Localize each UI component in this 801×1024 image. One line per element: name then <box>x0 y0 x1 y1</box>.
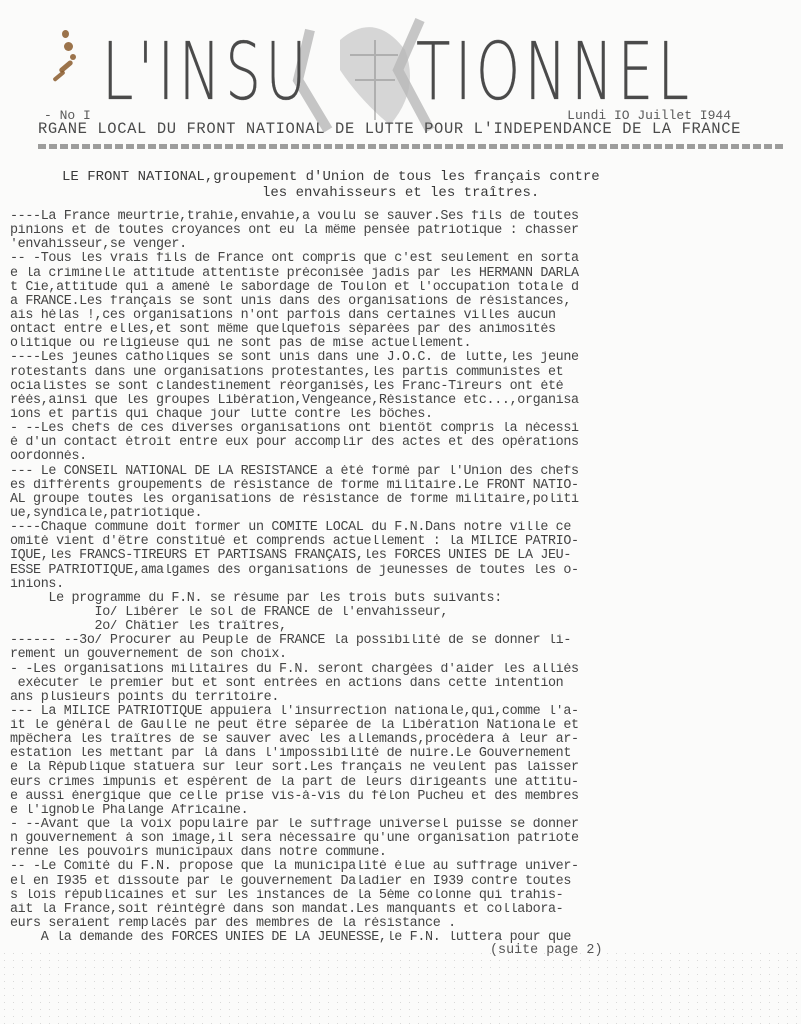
article-line: 2o/ Châtier les traîtres, <box>10 620 800 634</box>
article-line: AL groupe toutes les organisations de ré… <box>10 493 800 507</box>
article-line: e aussi énergique que celle prise vis-à-… <box>10 790 800 804</box>
article-line: e l'ignoble Phalange Africaine. <box>10 804 800 818</box>
article-line: renne les pouvoirs municipaux dans notre… <box>10 846 800 860</box>
article-body: ----La France meurtrie,trahie,envahie,a … <box>10 210 800 945</box>
article-line: -- -Le Comité du F.N. propose que la mun… <box>10 860 800 874</box>
article-line: ESSE PATRIOTIQUE,amalgames des organisat… <box>10 564 800 578</box>
article-line: - --Les chefs de ces diverses organisati… <box>10 422 800 436</box>
masthead-left: L'INSU <box>102 25 311 118</box>
article-line: Io/ Libérer le sol de FRANCE de l'envahi… <box>10 606 800 620</box>
article-line: --- Le CONSEIL NATIONAL DE LA RESISTANCE… <box>10 465 800 479</box>
article-line: ue,syndicale,patriotique. <box>10 507 800 521</box>
article-line: ontact entre elles,et sont même quelquef… <box>10 323 800 337</box>
article-line: e la criminelle attitude attentiste préc… <box>10 267 800 281</box>
divider-rule <box>38 144 783 149</box>
article-line: ----Chaque commune doit former un COMITE… <box>10 521 800 535</box>
headline: LE FRONT NATIONAL,groupement d'Union de … <box>62 169 722 201</box>
masthead-title: L'INSUTIONNEL <box>102 34 590 110</box>
article-line: Le programme du F.N. se résume par les t… <box>10 592 800 606</box>
article-line: ----Les jeunes catholiques se sont unis … <box>10 351 800 365</box>
article-line: ------ --3o/ Procurer au Peuple de FRANC… <box>10 634 800 648</box>
article-line: ----La France meurtrie,trahie,envahie,a … <box>10 210 800 224</box>
article-line: e la République statuera sur leur sort.L… <box>10 761 800 775</box>
article-line: s lois républicaines et sur les instance… <box>10 889 800 903</box>
article-line: -- -Tous les vrais fils de France ont co… <box>10 252 800 266</box>
article-line: pinions et de toutes croyances ont eu la… <box>10 224 800 238</box>
article-line: olitique ou religieuse qui ne sont pas d… <box>10 337 800 351</box>
masthead-right: TIONNEL <box>416 25 693 118</box>
headline-line-1: LE FRONT NATIONAL,groupement d'Union de … <box>62 169 600 185</box>
article-line: estation les mettant par là dans l'impos… <box>10 747 800 761</box>
article-line: - -Les organisations militaires du F.N. … <box>10 663 800 677</box>
newspaper-page: L'INSUTIONNEL - No I Lundi IO Juillet I9… <box>0 0 801 1024</box>
article-line: réés,ainsi que les groupes Libération,Ve… <box>10 394 800 408</box>
article-line: eurs seraient remplacés par des membres … <box>10 917 800 931</box>
article-line: ait la France,soit réintégré dans son ma… <box>10 903 800 917</box>
rust-stain-mark <box>52 30 82 100</box>
article-line: é d'un contact étroit entre eux pour acc… <box>10 436 800 450</box>
article-line: ions et partis qui chaque jour lutte con… <box>10 408 800 422</box>
article-line: mpêchera les traîtres de se sauver avec … <box>10 733 800 747</box>
masthead-subtitle: RGANE LOCAL DU FRONT NATIONAL DE LUTTE P… <box>38 120 741 138</box>
article-line: ais hélas !,ces organisations n'ont parf… <box>10 309 800 323</box>
article-line: A la demande des FORCES UNIES DE LA JEUN… <box>10 931 800 945</box>
article-line: rement un gouvernement de son choix. <box>10 648 800 662</box>
article-line: - --Avant que la voix populaire par le s… <box>10 818 800 832</box>
article-line: oordonnés. <box>10 450 800 464</box>
article-line: eurs crimes impunis et espèrent de la pa… <box>10 776 800 790</box>
article-line: omité vient d'être constitué et comprend… <box>10 535 800 549</box>
article-line: rotestants dans une organisations protes… <box>10 366 800 380</box>
article-line: --- La MILICE PATRIOTIQUE appuiera l'ins… <box>10 705 800 719</box>
article-line: ans plusieurs points du territoire. <box>10 691 800 705</box>
article-line: es différents groupements de résistance … <box>10 479 800 493</box>
article-line: IQUE,les FRANCS-TIREURS ET PARTISANS FRA… <box>10 549 800 563</box>
article-line: exécuter le premier but et sont entrées … <box>10 677 800 691</box>
headline-line-2: les envahisseurs et les traîtres. <box>62 185 722 201</box>
article-line: el en I935 et dissoute par le gouverneme… <box>10 875 800 889</box>
article-line: t Cie,attitude qui a amené le sabordage … <box>10 281 800 295</box>
article-line: n gouvernement à son image,il sera néces… <box>10 832 800 846</box>
article-line: it le général de Gaulle ne peut être sép… <box>10 719 800 733</box>
article-line: inions. <box>10 578 800 592</box>
article-line: ocialistes se sont clandestinement réorg… <box>10 380 800 394</box>
article-line: a FRANCE.Les français se sont unis dans … <box>10 295 800 309</box>
article-line: 'envahisseur,se venger. <box>10 238 800 252</box>
paper-speckle <box>0 950 801 1024</box>
